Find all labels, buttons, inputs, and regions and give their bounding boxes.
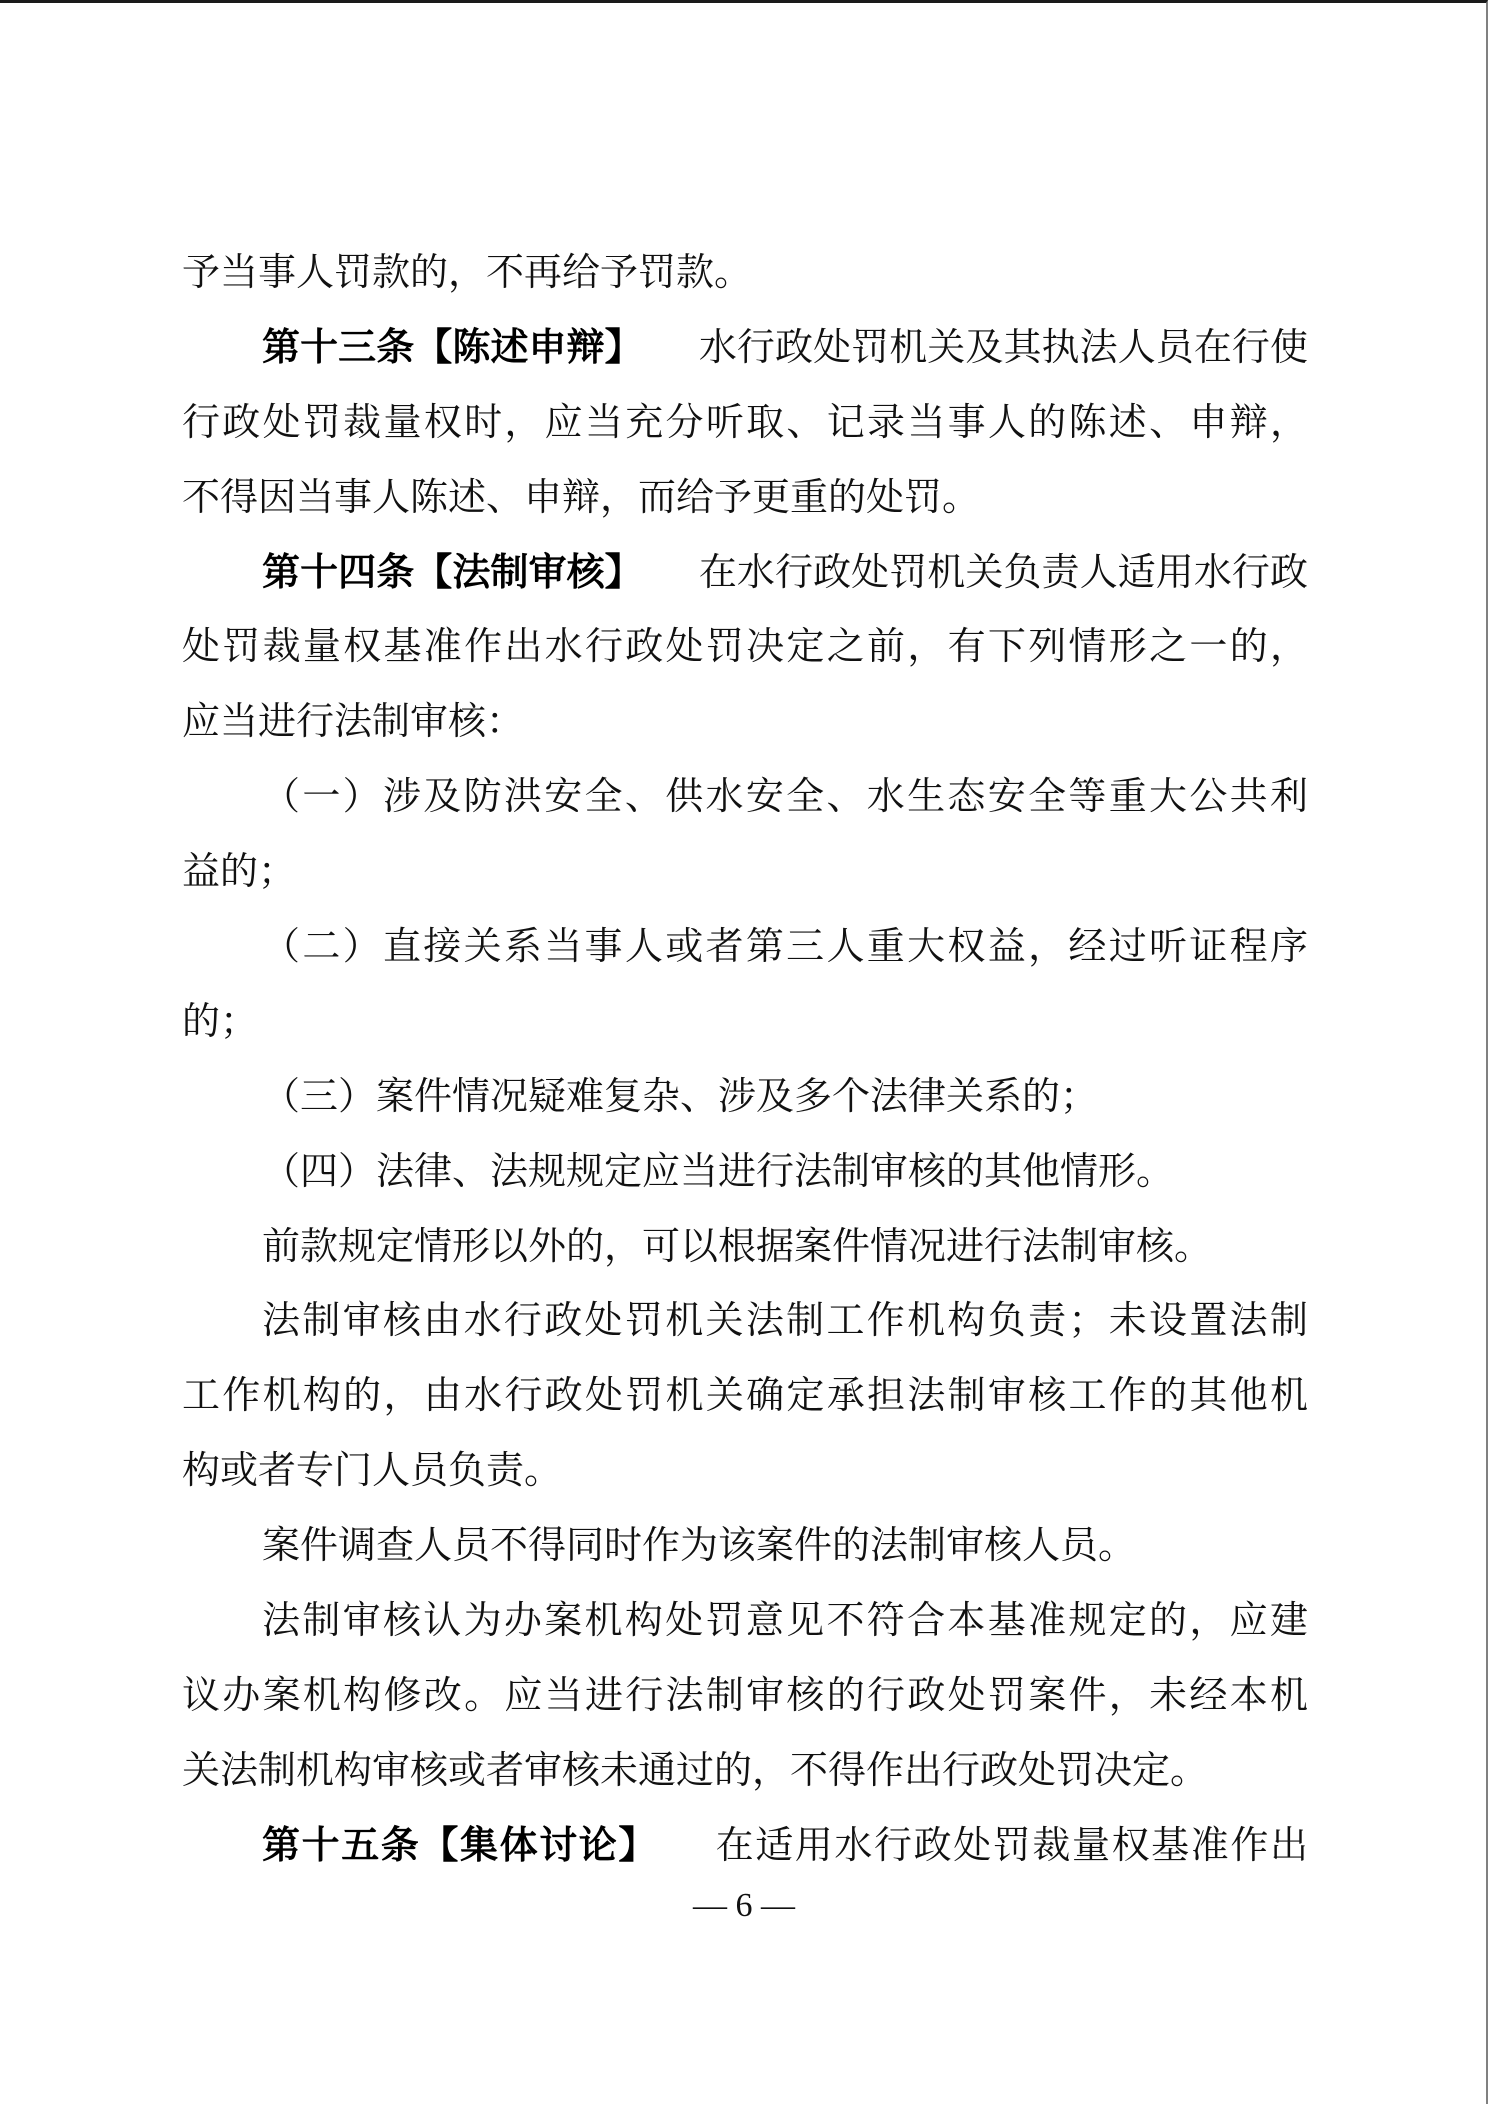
text-span: 在水行政处罚机关负责人适用水行政 <box>699 550 1308 594</box>
page-number: — 6 — <box>0 1887 1488 1925</box>
article-15-first-line: 第十五条【集体讨论】在适用水行政处罚裁量权基准作出 <box>182 1808 1308 1883</box>
document-body: 予当事人罚款的，不再给予罚款。 第十三条【陈述申辩】水行政处罚机关及其执法人员在… <box>182 235 1308 1883</box>
article-13-heading: 第十三条【陈述申辩】 <box>262 325 643 369</box>
text-line: 工作机构的，由水行政处罚机关确定承担法制审核工作的其他机 <box>182 1358 1308 1433</box>
list-item-4-line: （四）法律、法规规定应当进行法制审核的其他情形。 <box>182 1134 1308 1209</box>
text-line: 应当进行法制审核： <box>182 684 1308 759</box>
text-line: 构或者专门人员负责。 <box>182 1433 1308 1508</box>
list-item-1-line: （一）涉及防洪安全、供水安全、水生态安全等重大公共利 <box>182 759 1308 834</box>
text-line: 法制审核由水行政处罚机关法制工作机构负责；未设置法制 <box>182 1283 1308 1358</box>
text-line: 处罚裁量权基准作出水行政处罚决定之前，有下列情形之一的， <box>182 609 1308 684</box>
text-line: 的； <box>182 984 1308 1059</box>
list-item-2-line: （二）直接关系当事人或者第三人重大权益，经过听证程序 <box>182 909 1308 984</box>
text-line: 不得因当事人陈述、申辩，而给予更重的处罚。 <box>182 460 1308 535</box>
text-line: 关法制机构审核或者审核未通过的，不得作出行政处罚决定。 <box>182 1733 1308 1808</box>
text-line: 前款规定情形以外的，可以根据案件情况进行法制审核。 <box>182 1209 1308 1284</box>
text-span: 水行政处罚机关及其执法人员在行使 <box>699 325 1308 369</box>
text-line: 行政处罚裁量权时，应当充分听取、记录当事人的陈述、申辩， <box>182 385 1308 460</box>
text-span: 在适用水行政处罚裁量权基准作出 <box>714 1823 1308 1867</box>
list-item-3-line: （三）案件情况疑难复杂、涉及多个法律关系的； <box>182 1059 1308 1134</box>
article-14-heading: 第十四条【法制审核】 <box>262 550 643 594</box>
text-line: 益的； <box>182 834 1308 909</box>
article-14-first-line: 第十四条【法制审核】在水行政处罚机关负责人适用水行政 <box>182 535 1308 610</box>
text-line: 议办案机构修改。应当进行法制审核的行政处罚案件，未经本机 <box>182 1658 1308 1733</box>
text-line: 案件调查人员不得同时作为该案件的法制审核人员。 <box>182 1508 1308 1583</box>
text-line: 予当事人罚款的，不再给予罚款。 <box>182 235 1308 310</box>
text-line: 法制审核认为办案机构处罚意见不符合本基准规定的，应建 <box>182 1583 1308 1658</box>
article-15-heading: 第十五条【集体讨论】 <box>262 1823 658 1867</box>
document-page: 予当事人罚款的，不再给予罚款。 第十三条【陈述申辩】水行政处罚机关及其执法人员在… <box>0 3 1486 2104</box>
article-13-first-line: 第十三条【陈述申辩】水行政处罚机关及其执法人员在行使 <box>182 310 1308 385</box>
